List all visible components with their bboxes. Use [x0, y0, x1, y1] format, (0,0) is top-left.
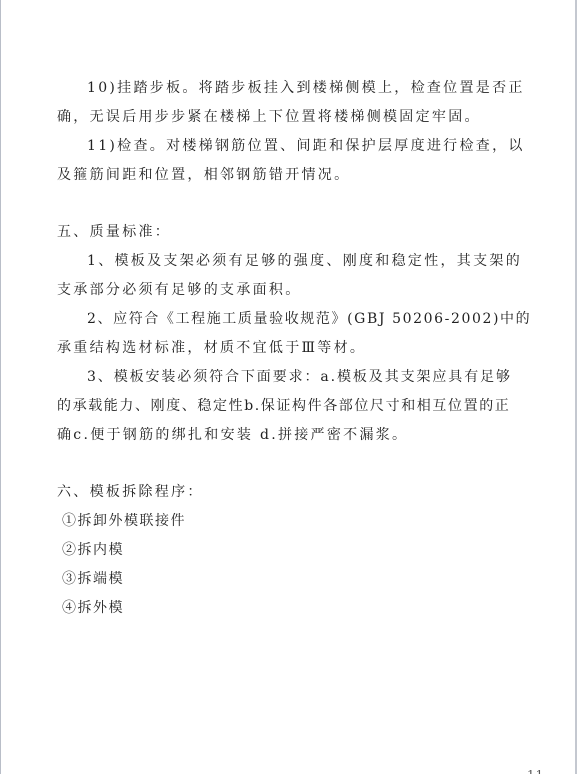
list-item: ②拆内模 [62, 541, 124, 559]
paragraph-line: 支承部分必须有足够的支承面积。 [57, 281, 302, 299]
paragraph-line: 确c.便于钢筋的绑扎和安装 d.拼接严密不漏浆。 [57, 426, 408, 444]
list-item: ①拆卸外模联接件 [62, 512, 186, 530]
section-heading-removal-procedure: 六、模板拆除程序： [57, 483, 204, 501]
paragraph-line: 10)挂踏步板。将踏步板挂入到楼梯侧模上，检查位置是否正 [87, 79, 525, 97]
paragraph-line: 1、模板及支架必须有足够的强度、刚度和稳定性，其支架的 [87, 252, 522, 270]
list-item: ③拆端模 [62, 570, 124, 588]
paragraph-line: 11)检查。对楼梯钢筋位置、间距和保护层厚度进行检查，以 [87, 137, 525, 155]
paragraph-line: 承重结构选材标准，材质不宜低于Ⅲ等材。 [57, 339, 366, 357]
list-item: ④拆外模 [62, 599, 124, 617]
page-number: 11 [527, 768, 544, 774]
paragraph-line: 的承载能力、刚度、稳定性b.保证构件各部位尺寸和相互位置的正 [57, 397, 510, 415]
paragraph-line: 确，无误后用步步紧在楼梯上下位置将楼梯侧模固定牢固。 [57, 108, 481, 126]
paragraph-line: 3、模板安装必须符合下面要求：a.模板及其支架应具有足够 [87, 368, 512, 386]
paragraph-line: 及箍筋间距和位置，相邻钢筋错开情况。 [57, 166, 350, 184]
section-heading-quality-standards: 五、质量标准： [57, 223, 171, 241]
document-page: 10)挂踏步板。将踏步板挂入到楼梯侧模上，检查位置是否正 确，无误后用步步紧在楼… [0, 0, 575, 774]
paragraph-line: 2、应符合《工程施工质量验收规范》(GBJ 50206-2002)中的 [87, 310, 531, 328]
